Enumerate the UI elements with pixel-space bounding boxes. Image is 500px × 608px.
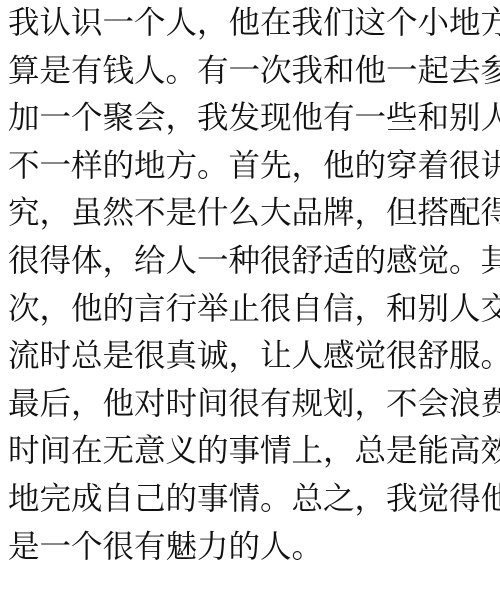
text-line-11: 地完成自己的事情。总之，我觉得他: [8, 476, 492, 524]
text-line-10: 时间在无意义的事情上，总是能高效: [8, 428, 492, 476]
text-line-3: 加一个聚会，我发现他有一些和别人: [8, 95, 492, 143]
text-line-12: 是一个很有魅力的人。: [8, 524, 492, 572]
text-line-1: 我认识一个人，他在我们这个小地方: [8, 0, 492, 48]
text-line-2: 算是有钱人。有一次我和他一起去参: [8, 48, 492, 96]
text-line-5: 究，虽然不是什么大品牌，但搭配得: [8, 190, 492, 238]
text-line-8: 流时总是很真诚，让人感觉很舒服。: [8, 333, 492, 381]
text-line-4: 不一样的地方。首先，他的穿着很讲: [8, 143, 492, 191]
text-line-9: 最后，他对时间很有规划，不会浪费: [8, 381, 492, 429]
text-document: 我认识一个人，他在我们这个小地方 算是有钱人。有一次我和他一起去参 加一个聚会，…: [8, 0, 492, 571]
text-line-7: 次，他的言行举止很自信，和别人交: [8, 286, 492, 334]
text-line-6: 很得体，给人一种很舒适的感觉。其: [8, 238, 492, 286]
